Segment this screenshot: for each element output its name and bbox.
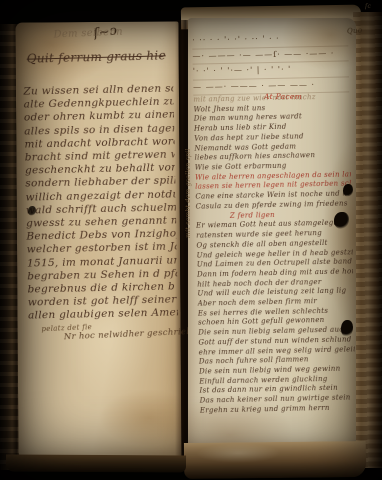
worn-page-edges-bottom [184,441,366,479]
gutter-vertical-note: mit sambt dem gsellen spil [185,88,192,238]
manuscript-photo: ſ~ↄ Dem selbenn Quit ferrum graus hie Zu… [0,0,382,480]
left-page-text-block: Zu wissen sei alln denen so dis alte Ged… [23,82,178,323]
right-page: mit sambt dem gsellen spil At Pacem · ··… [188,18,356,448]
book-fore-edge [353,12,382,468]
right-page-text-block: · ·· · · '· ·' · ·· ' · · —· ——— ·— ——ſ·… [192,30,356,416]
fore-edge-catchword: Quo [347,26,363,35]
left-page-struck-heading: Quit ferrum graus hie [27,48,167,65]
corner-mark: ſc [365,3,371,10]
book-cover-bottom-edge [6,455,186,473]
left-page: ſ~ↄ Dem selbenn Quit ferrum graus hie Zu… [15,21,181,462]
manuscript-line: Ergehn zu krieg und grimm herrn [200,403,356,416]
